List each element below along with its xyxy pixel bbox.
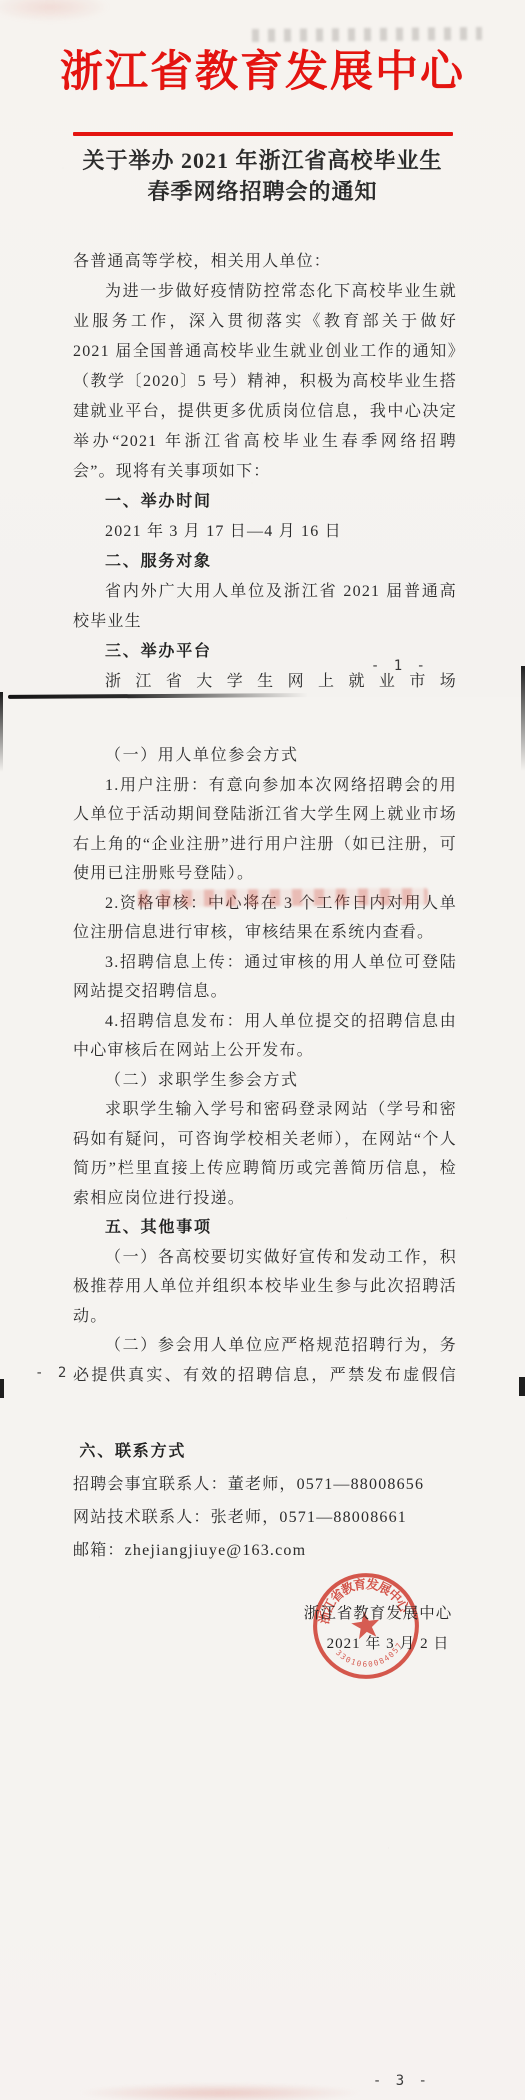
sub2-heading: （二）求职学生参会方式 — [73, 1066, 457, 1096]
section6-heading: 六、联系方式 — [73, 1435, 457, 1468]
section1-heading: 一、举办时间 — [73, 487, 457, 517]
page-number-2: - 2 - — [35, 1365, 92, 1381]
signature-organization: 浙江省教育发展中心 — [303, 1601, 453, 1623]
section5-heading: 五、其他事项 — [73, 1213, 457, 1243]
page-number-3: - 3 - — [373, 2073, 430, 2089]
contact-website: 网站技术联系人：张老师，0571—88008661 — [73, 1501, 457, 1534]
document-title: 关于举办 2021 年浙江省高校毕业生 春季网络招聘会的通知 — [0, 145, 525, 207]
signature-date: 2021 年 3 月 2 日 — [323, 1632, 453, 1653]
contact-fair: 招聘会事宜联系人：董老师，0571—88008656 — [73, 1468, 457, 1501]
page-1: 浙江省教育发展中心 关于举办 2021 年浙江省高校毕业生 春季网络招聘会的通知… — [0, 0, 525, 697]
official-seal-icon: 浙江省教育发展中心 3301060084057 — [302, 1562, 431, 1691]
employer-item-1: 1.用户注册：有意向参加本次网络招聘会的用人单位于活动期间登陆浙江省大学生网上就… — [73, 771, 457, 889]
employer-item-3: 3.招聘信息上传：通过审核的用人单位可登陆网站提交招聘信息。 — [73, 948, 457, 1007]
section2-heading: 二、服务对象 — [73, 547, 457, 577]
header-red-rule — [73, 132, 453, 136]
org-header-title: 浙江省教育发展中心 — [10, 46, 515, 100]
page1-body: 各普通高等学校，相关用人单位： 为进一步做好疫情防控常态化下高校毕业生就业服务工… — [0, 247, 525, 757]
student-instructions: 求职学生输入学号和密码登录网站（学号和密码如有疑问，可咨询学校相关老师），在网站… — [73, 1095, 457, 1213]
intro-paragraph: 为进一步做好疫情防控常态化下高校毕业生就业服务工作，深入贯彻落实《教育部关于做好… — [73, 277, 457, 487]
sub1-heading: （一）用人单位参会方式 — [73, 741, 457, 771]
page-2: （一）用人单位参会方式 1.用户注册：有意向参加本次网络招聘会的用人单位于活动期… — [0, 697, 525, 1395]
other-item-1: （一）各高校要切实做好宣传和发动工作，积极推荐用人单位并组织本校毕业生参与此次招… — [73, 1243, 457, 1332]
employer-item-4: 4.招聘信息发布：用人单位提交的招聘信息由中心审核后在网站上公开发布。 — [73, 1007, 457, 1066]
employer-item-2: 2.资格审核：中心将在 3 个工作日内对用人单位注册信息进行审核，审核结果在系统… — [73, 889, 457, 948]
page2-body: （一）用人单位参会方式 1.用户注册：有意向参加本次网络招聘会的用人单位于活动期… — [0, 697, 525, 1479]
section2-body: 省内外广大用人单位及浙江省 2021 届普通高校毕业生 — [73, 577, 457, 637]
page-number-1: - 1 - — [371, 658, 428, 674]
page3-body: 六、联系方式 招聘会事宜联系人：董老师，0571—88008656 网站技术联系… — [0, 1395, 525, 1567]
document-title-line1: 关于举办 2021 年浙江省高校毕业生 — [0, 145, 525, 176]
scanned-notice-document: 浙江省教育发展中心 关于举办 2021 年浙江省高校毕业生 春季网络招聘会的通知… — [0, 0, 525, 2100]
page-3: 六、联系方式 招聘会事宜联系人：董老师，0571—88008656 网站技术联系… — [0, 1395, 525, 2100]
document-title-line2: 春季网络招聘会的通知 — [0, 176, 525, 207]
section1-body: 2021 年 3 月 17 日—4 月 16 日 — [73, 517, 457, 547]
contact-email: 邮箱：zhejiangjiuye@163.com — [73, 1534, 457, 1567]
salutation: 各普通高等学校，相关用人单位： — [73, 247, 457, 277]
